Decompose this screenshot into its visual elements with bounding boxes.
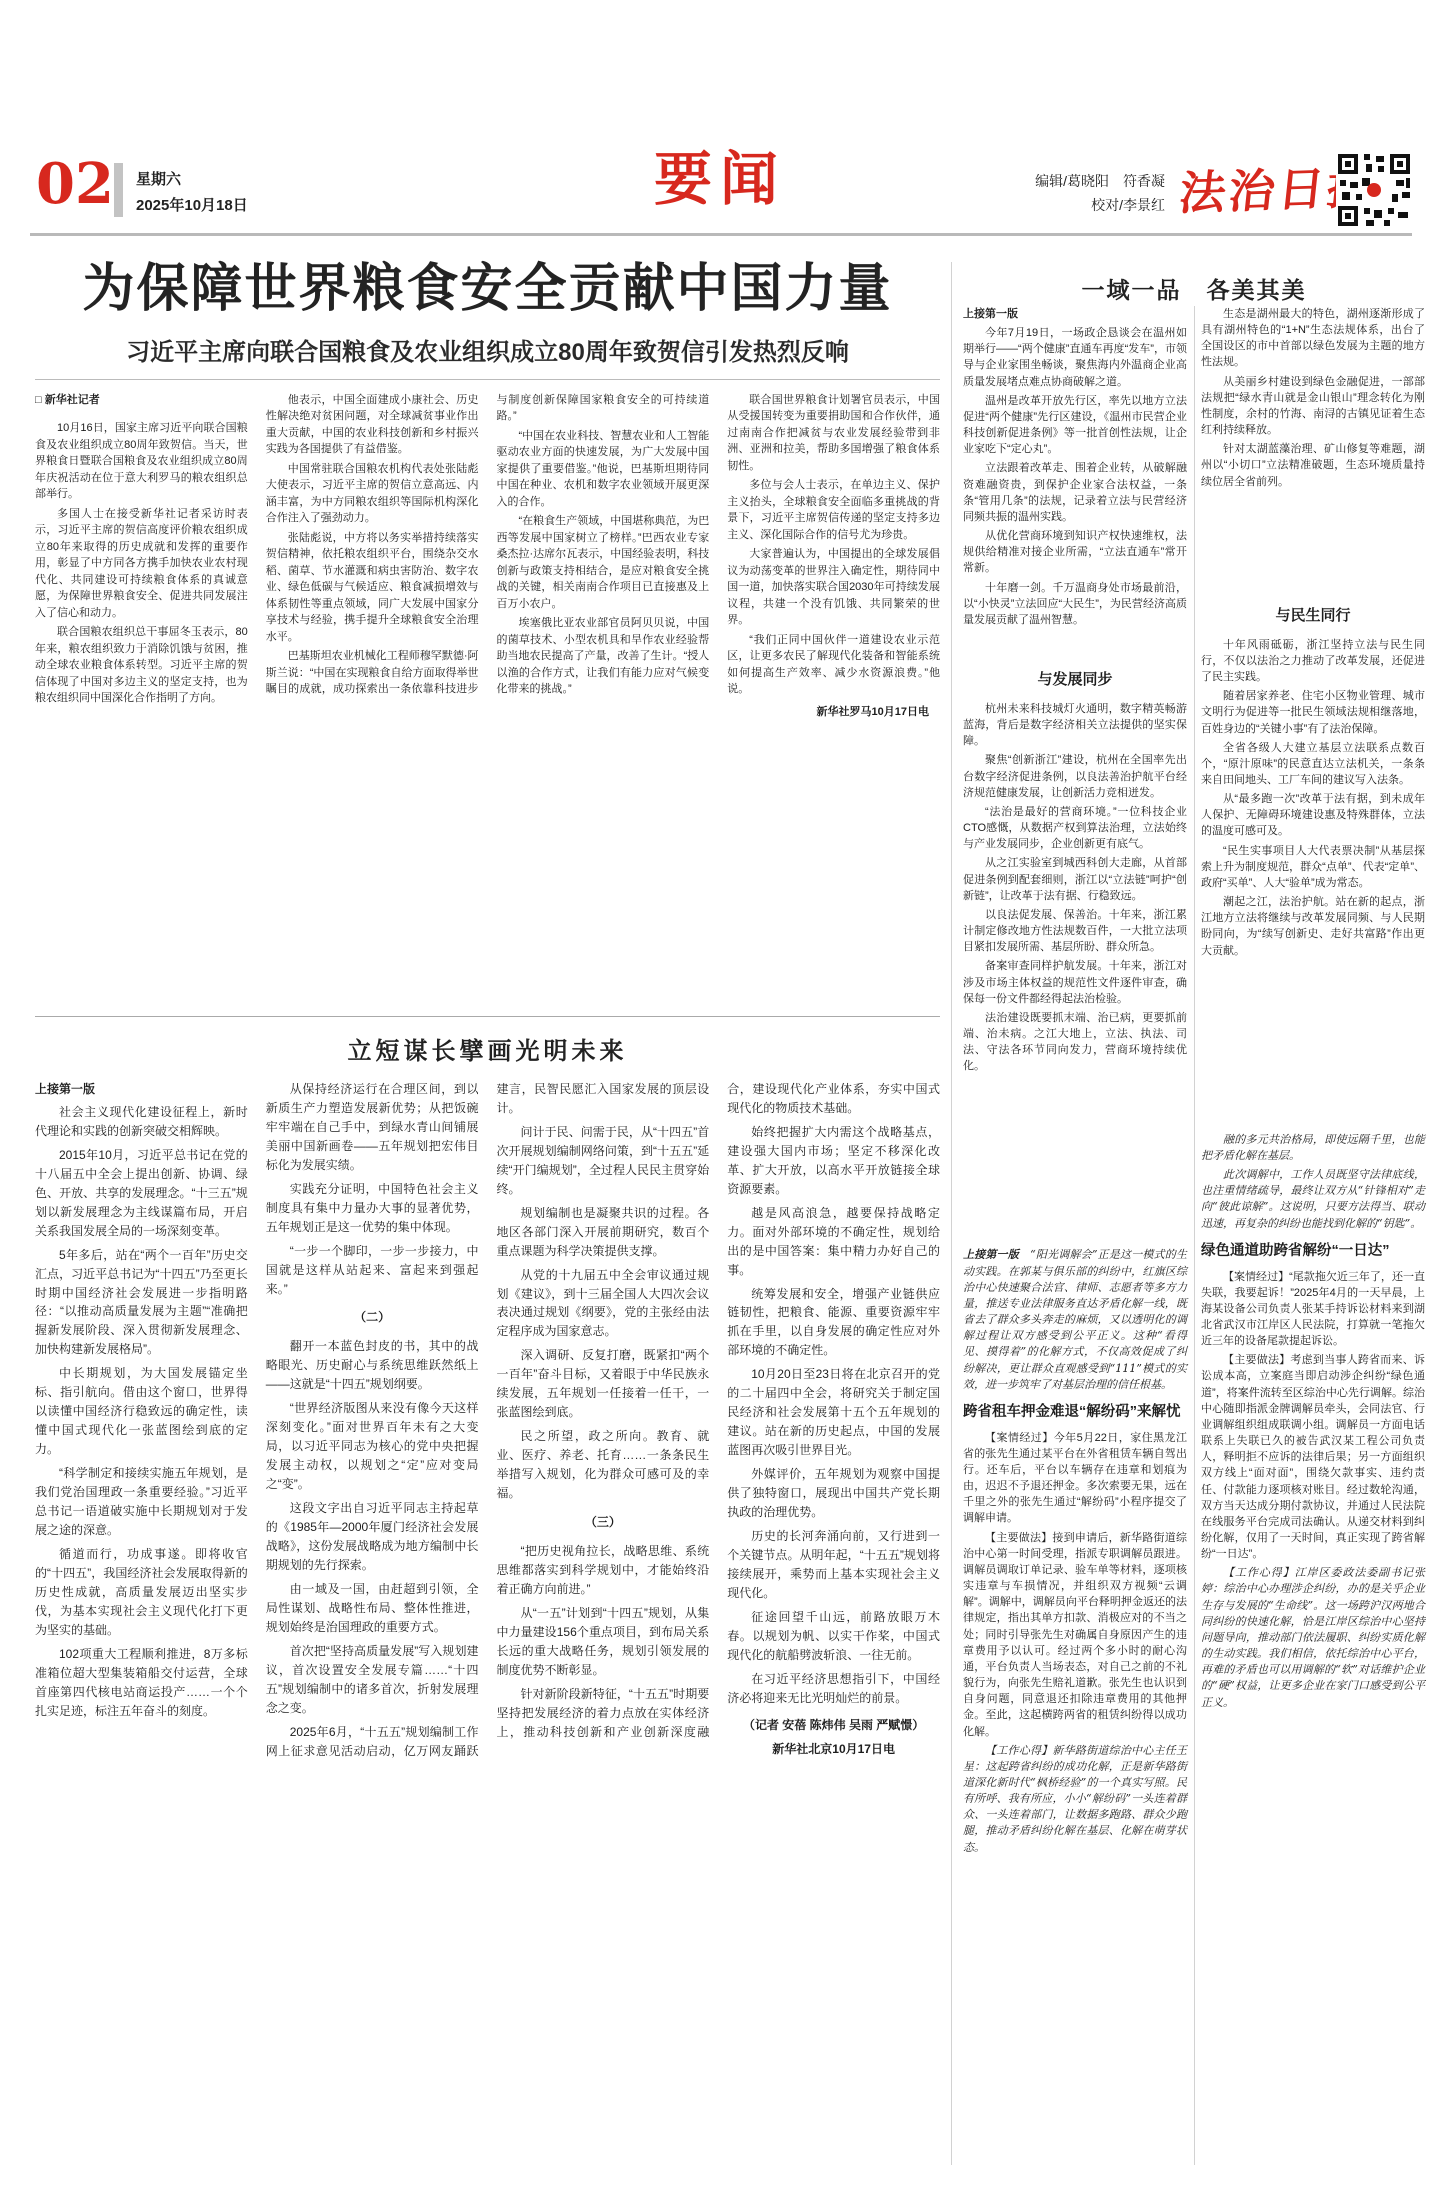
paragraph: 【案情经过】今年5月22日，家住黑龙江省的张先生通过某平台在外省租赁车辆自驾出行… bbox=[963, 1430, 1187, 1527]
mediation-jump-text: “阳光调解会”正是这一模式的生动实践。在郭某与俱乐部的纠纷中，红旗区综治中心快速… bbox=[963, 1248, 1187, 1390]
paragraph: 首次把“坚持高质量发展”写入规划建议，首次设置安全发展专篇……“十四五”规划编制… bbox=[266, 1642, 479, 1718]
wenzhou-paragraphs: 今年7月19日，一场政企恳谈会在温州如期举行——“两个健康”直通车再度“发车”，… bbox=[963, 325, 1187, 628]
case-commentary: 融的多元共治格局，即使远隔千里，也能把矛盾化解在基层。此次调解中，工作人员既坚守… bbox=[1201, 1132, 1425, 1232]
paragraph: 越是风高浪急，越要保持战略定力。面对外部环境的不确定性，规划给出的是中国答案：集… bbox=[727, 1204, 940, 1280]
paragraph: 实践充分证明，中国特色社会主义制度具有集中力量办大事的显著优势，五年规划正是这一… bbox=[266, 1180, 479, 1237]
lead-paragraphs: 10月16日，国家主席习近平向联合国粮食及农业组织成立80周年致贺信。当天，世界… bbox=[35, 392, 940, 721]
paragraph: 此次调解中，工作人员既坚守法律底线，也注重情绪疏导，最终让双方从“针锋相对”走向… bbox=[1201, 1167, 1425, 1232]
paragraph: 以良法促发展、保善治。十年来，浙江累计制定修改地方性法规数百件，一大批立法项目紧… bbox=[963, 907, 1187, 955]
paragraph: 深入调研、反复打磨，既紧扣“两个一百年”奋斗目标，又着眼于中华民族永续发展，五年… bbox=[497, 1346, 710, 1422]
paragraph: 从保持经济运行在合理区间，到以新质生产力塑造发展新优势；从把饭碗牢牢端在自己手中… bbox=[266, 1080, 479, 1175]
paragraph: 备案审查同样护航发展。十年来，浙江对涉及市场主体权益的规范性文件逐件审查，确保每… bbox=[963, 958, 1187, 1006]
paragraph: 张陆彪说，中方将以务实举措持续落实贺信精神，依托粮农组织平台，围绕杂交水稻、菌草… bbox=[266, 530, 479, 646]
section-mark-two: （二） bbox=[266, 1308, 479, 1327]
paragraph: 联合国粮农组织总干事屈冬玉表示，80年来，粮农组织致力于消除饥饿与贫困，推动全球… bbox=[35, 624, 248, 707]
paragraph: 中长期规划，为大国发展锚定坐标、指引航向。借由这个窗口，世界得以读懂中国经济行稳… bbox=[35, 1364, 248, 1459]
paragraph: 10月16日，国家主席习近平向联合国粮食及农业组织成立80周年致贺信。当天，世界… bbox=[35, 420, 248, 503]
byline: □ 新华社记者 bbox=[35, 392, 248, 409]
development-paragraphs: 杭州未来科技城灯火通明，数字精英畅游蓝海，背后是数字经济相关立法提供的坚实保障。… bbox=[963, 701, 1187, 1074]
paragraph: 2015年10月，习近平总书记在党的十八届五中全会上提出创新、协调、绿色、开放、… bbox=[35, 1146, 248, 1241]
paragraph: 十年风雨砥砺，浙江坚持立法与民生同行，不仅以法治之力推动了改革发展，还促进了民主… bbox=[1201, 637, 1425, 685]
paragraph: “我们正同中国伙伴一道建设农业示范区，让更多农民了解现代化装备和智能系统如何提高… bbox=[727, 632, 940, 698]
column-rule-right-cols bbox=[1194, 306, 1195, 2165]
paragraph: 社会主义现代化建设征程上，新时代理论和实践的创新突破交相辉映。 bbox=[35, 1103, 248, 1141]
paragraph: 在习近平经济思想指引下，中国经济必将迎来无比光明灿烂的前景。 bbox=[727, 1670, 940, 1708]
subhead-livelihood: 与民生同行 bbox=[1201, 605, 1425, 627]
paragraph: 今年7月19日，一场政企恳谈会在温州如期举行——“两个健康”直通车再度“发车”，… bbox=[963, 325, 1187, 390]
paragraph: 大家普遍认为，中国提出的全球发展倡议为动荡变革的世界注入确定性，期待同中国一道，… bbox=[727, 546, 940, 629]
paragraph: 从党的十九届五中全会审议通过规划《建议》，到十三届全国人大四次会议表决通过规划《… bbox=[497, 1266, 710, 1342]
paragraph: 【主要做法】考虑到当事人跨省而来、诉讼成本高，立案庭当即启动涉企纠纷“绿色通道”… bbox=[1201, 1352, 1425, 1562]
paragraph: 法治建设既要抓末端、治已病，更要抓前端、治未病。之江大地上，立法、执法、司法、守… bbox=[963, 1010, 1187, 1075]
column-rule-main-right bbox=[951, 262, 952, 2165]
paragraph: “一步一个脚印，一步一步接力，中国就是这样从站起来、富起来到强起来。” bbox=[266, 1242, 479, 1299]
jump-from-page-one-label: 上接第一版 bbox=[35, 1080, 248, 1099]
paragraph: 联合国世界粮食计划署官员表示，中国从受援国转变为重要捐助国和合作伙伴，通过南南合… bbox=[727, 392, 940, 475]
planning-headline: 立短谋长擘画光明未来 bbox=[35, 1031, 940, 1066]
paragraph: 聚焦“创新浙江”建设，杭州在全国率先出台数字经济促进条例，以良法善治护航平台经济… bbox=[963, 752, 1187, 800]
paragraph: 全省各级人大建立基层立法联系点数百个，“原汁原味”的民意直达立法机关，一条条来自… bbox=[1201, 740, 1425, 788]
paragraph: 由一域及一国，由赶超到引领，全局性谋划、战略性布局、整体性推进，规划始终是治国理… bbox=[266, 1580, 479, 1637]
paragraph: 多国人士在接受新华社记者采访时表示，习近平主席的贺信高度评价粮农组织成立80年来… bbox=[35, 506, 248, 622]
planning-article-body: 上接第一版 社会主义现代化建设征程上，新时代理论和实践的创新突破交相辉映。201… bbox=[35, 1080, 940, 2165]
paragraph: 十年磨一剑。千万温商身处市场最前沿，以“小快灵”立法回应“大民生”，为民营经济高… bbox=[963, 580, 1187, 628]
planning-sign-off: 新华社北京10月17日电 bbox=[727, 1740, 940, 1759]
paragraph: “世界经济版图从来没有像今天这样深刻变化。”面对世界百年未有之大变局，以习近平同… bbox=[266, 1399, 479, 1494]
case-green-headline: 绿色通道助跨省解纷“一日达” bbox=[1201, 1242, 1425, 1261]
editor-line: 编辑/葛晓阳 符香凝 bbox=[940, 170, 1165, 194]
case-rental-insight: 【工作心得】新华路街道综治中心主任王星：这起跨省纠纷的成功化解，正是新华路街道深… bbox=[963, 1743, 1187, 1856]
reporter-credit: （记者 安蓓 陈炜伟 吴雨 严赋憬） bbox=[727, 1716, 940, 1735]
spacer bbox=[1201, 962, 1425, 1132]
paragraph: 外媒评价，五年规划为观察中国提供了独特窗口，展现出中国共产党长期执政的治理优势。 bbox=[727, 1465, 940, 1522]
paragraph: 他表示，中国全面建成小康社会、历史性解决绝对贫困问题，对全球减贫事业作出重大贡献… bbox=[266, 392, 479, 458]
paragraph: 翻开一本蓝色封皮的书，其中的战略眼光、历史耐心与系统思维跃然纸上——这就是“十四… bbox=[266, 1337, 479, 1394]
paragraph: 始终把握扩大内需这个战略基点，建设强大国内市场；坚定不移深化改革、扩大开放，以高… bbox=[727, 1123, 940, 1199]
lead-subheadline: 习近平主席向联合国粮食及农业组织成立80周年致贺信引发热烈反响 bbox=[35, 332, 940, 380]
paragraph: 【案情经过】“尾款拖欠近三年了，还一直失联，我要起诉！”2025年4月的一天早晨… bbox=[1201, 1269, 1425, 1350]
paragraph: 循道而行，功成事遂。即将收官的“十四五”，我国经济社会发展取得新的历史性成就，高… bbox=[35, 1545, 248, 1640]
proofreader-line: 校对/李景红 bbox=[940, 194, 1165, 218]
paragraph: 问计于民、问需于民，从“十四五”首次开展规划编制网络问策，到“十五五”延续“开门… bbox=[497, 1123, 710, 1199]
paragraph: “法治是最好的营商环境。”一位科技企业CTO感慨，从数据产权到算法治理，立法始终… bbox=[963, 804, 1187, 852]
paragraph: 从“一五”计划到“十四五”规划，从集中力量建设156个重点项目，到布局关系长远的… bbox=[497, 1604, 710, 1680]
jump-from-page-one-label: 上接第一版 bbox=[963, 306, 1187, 322]
planning-article: 立短谋长擘画光明未来 上接第一版 社会主义现代化建设征程上，新时代理论和实践的创… bbox=[35, 1016, 940, 2165]
paragraph: 从“最多跑一次”改革于法有据，到未成年人保护、无障碍环境建设惠及特殊群体，立法的… bbox=[1201, 791, 1425, 839]
paragraph: 埃塞俄比亚农业部官员阿贝贝说，中国的菌草技术、小型农机具和旱作农业经验帮助当地农… bbox=[497, 615, 710, 698]
paragraph: “科学制定和接续实施五年规划，是我们党治国理政一条重要经验。”习近平总书记一语道… bbox=[35, 1464, 248, 1540]
paragraph: 多位与会人士表示，在单边主义、保护主义抬头，全球粮食安全面临多重挑战的背景下，习… bbox=[727, 477, 940, 543]
paragraph: 中国常驻联合国粮农机构代表处张陆彪大使表示，习近平主席的贺信立意高远、内涵丰富，… bbox=[266, 461, 479, 527]
paragraph: 温州是改革开放先行区，率先以地方立法促进“两个健康”先行区建设，《温州市民营企业… bbox=[963, 393, 1187, 458]
case-green-paragraphs: 【案情经过】“尾款拖欠近三年了，还一直失联，我要起诉！”2025年4月的一天早晨… bbox=[1201, 1269, 1425, 1563]
livelihood-paragraphs: 十年风雨砥砺，浙江坚持立法与民生同行，不仅以法治之力推动了改革发展，还促进了民主… bbox=[1201, 637, 1425, 959]
paragraph: 统筹发展和安全，增强产业链供应链韧性，把粮食、能源、重要资源牢牢抓在手里，以自身… bbox=[727, 1285, 940, 1361]
paragraph: 潮起之江，法治护航。站在新的起点，浙江地方立法将继续与改革发展同频、与人民期盼同… bbox=[1201, 894, 1425, 959]
paragraph: 102项重大工程顺利推进，8万多标准箱位超大型集装箱船交付运营，全球首座第四代核… bbox=[35, 1645, 248, 1721]
paragraph: 10月20日至23日将在北京召开的党的二十届四中全会，将研究关于制定国民经济和社… bbox=[727, 1365, 940, 1460]
paragraph: 针对太湖蓝藻治理、矿山修复等难题，湖州以“小切口”立法精准破题，生态环境质量持续… bbox=[1201, 441, 1425, 489]
paragraph: 【主要做法】接到申请后，新华路街道综治中心第一时间受理，指派专职调解员跟进。调解… bbox=[963, 1530, 1187, 1740]
paragraph: 历史的长河奔涌向前，又行进到一个关键节点。从明年起，“十五五”规划将接续展开，乘… bbox=[727, 1527, 940, 1603]
section-mark-three: （三） bbox=[497, 1513, 710, 1532]
paragraph: 从美丽乡村建设到绿色金融促进，一部部法规把“绿水青山就是金山银山”理念转化为刚性… bbox=[1201, 374, 1425, 439]
spacer bbox=[963, 631, 1187, 657]
case-rental-headline: 跨省租车押金难退“解纷码”来解忧 bbox=[963, 1403, 1187, 1422]
paragraph: 杭州未来科技城灯火通明，数字精英畅游蓝海，背后是数字经济相关立法提供的坚实保障。 bbox=[963, 701, 1187, 749]
lead-headline: 为保障世界粮食安全贡献中国力量 bbox=[35, 260, 940, 320]
feature-headline: 一域一品 各美其美 bbox=[963, 272, 1425, 305]
paragraph: 生态是湖州最大的特色，湖州逐渐形成了具有湖州特色的“1+N”生态法规体系，出台了… bbox=[1201, 306, 1425, 371]
case-green-insight: 【工作心得】江岸区委政法委副书记张婷：综治中心办理涉企纠纷，办的是关乎企业生存与… bbox=[1201, 1565, 1425, 1710]
paragraph: 征途回望千山远，前路放眼万木春。以规划为帆、以实干作桨，中国式现代化的航船劈波斩… bbox=[727, 1608, 940, 1665]
lead-sign-off: 新华社罗马10月17日电 bbox=[727, 704, 940, 721]
paragraph: 随着居家养老、住宅小区物业管理、城市文明行为促进等一批民生领域法规相继落地，百姓… bbox=[1201, 688, 1425, 736]
case-rental-paragraphs: 【案情经过】今年5月22日，家住黑龙江省的张先生通过某平台在外省租赁车辆自驾出行… bbox=[963, 1430, 1187, 1740]
paragraph: “中国在农业科技、智慧农业和人工智能驱动农业方面的快速发展，为广大发展中国家提供… bbox=[497, 428, 710, 511]
paragraph: 规划编制也是凝聚共识的过程。各地区各部门深入开展前期研究，数百个重点课题为科学决… bbox=[497, 1204, 710, 1261]
header-rule bbox=[30, 233, 1412, 236]
qr-code bbox=[1336, 152, 1412, 228]
spacer bbox=[963, 1077, 1187, 1247]
paragraph: “民生实事项目人大代表票决制”从基层探索上升为制度规范，群众“点单”、代表“定单… bbox=[1201, 843, 1425, 891]
subhead-development: 与发展同步 bbox=[963, 669, 1187, 691]
editor-box: 编辑/葛晓阳 符香凝 校对/李景红 bbox=[940, 170, 1165, 218]
paragraph: 立法跟着改革走、围着企业转，从破解融资难融资贵，到保护企业家合法权益，一条条“管… bbox=[963, 460, 1187, 525]
lead-article-body: □ 新华社记者 10月16日，国家主席习近平向联合国粮食及农业组织成立80周年致… bbox=[35, 392, 940, 1004]
paragraph: 这段文字出自习近平同志主持起草的《1985年—2000年厦门经济社会发展战略》，… bbox=[266, 1499, 479, 1575]
spacer bbox=[1201, 493, 1425, 593]
jump-from-page-one-label: 上接第一版 bbox=[963, 1248, 1019, 1261]
right-column-b: 生态是湖州最大的特色，湖州逐渐形成了具有湖州特色的“1+N”生态法规体系，出台了… bbox=[1201, 306, 1425, 1714]
paragraph: 5年多后，站在“两个一百年”历史交汇点，习近平总书记为“十四五”乃至更长时期中国… bbox=[35, 1246, 248, 1360]
lead-article: 为保障世界粮食安全贡献中国力量 习近平主席向联合国粮食及农业组织成立80周年致贺… bbox=[35, 260, 940, 1004]
paragraph: 融的多元共治格局，即使远隔千里，也能把矛盾化解在基层。 bbox=[1201, 1132, 1425, 1164]
newspaper-page: 02 星期六 2025年10月18日 要闻 编辑/葛晓阳 符香凝 校对/李景红 … bbox=[0, 0, 1440, 2188]
paragraph: 民之所望，政之所向。教育、就业、医疗、养老、托育……一条条民生举措写入规划，化为… bbox=[497, 1427, 710, 1503]
paragraph: 从优化营商环境到知识产权快速维权，法规供给精准对接企业所需，“立法直通车”常开常… bbox=[963, 528, 1187, 576]
mediation-jump-story: 上接第一版 “阳光调解会”正是这一模式的生动实践。在郭某与俱乐部的纠纷中，红旗区… bbox=[963, 1247, 1187, 1392]
huzhou-paragraphs: 生态是湖州最大的特色，湖州逐渐形成了具有湖州特色的“1+N”生态法规体系，出台了… bbox=[1201, 306, 1425, 490]
paragraph: “在粮食生产领域，中国堪称典范，为巴西等发展中国家树立了榜样。”巴西农业专家桑杰… bbox=[497, 513, 710, 612]
paragraph: “把历史视角拉长，战略思维、系统思维都落实到科学规划中，才能始终沿着正确方向前进… bbox=[497, 1542, 710, 1599]
right-column-a: 上接第一版 今年7月19日，一场政企恳谈会在温州如期举行——“两个健康”直通车再… bbox=[963, 306, 1187, 1859]
paragraph: 从之江实验室到城西科创大走廊，从首部促进条例到配套细则，浙江以“立法链”呵护“创… bbox=[963, 855, 1187, 903]
